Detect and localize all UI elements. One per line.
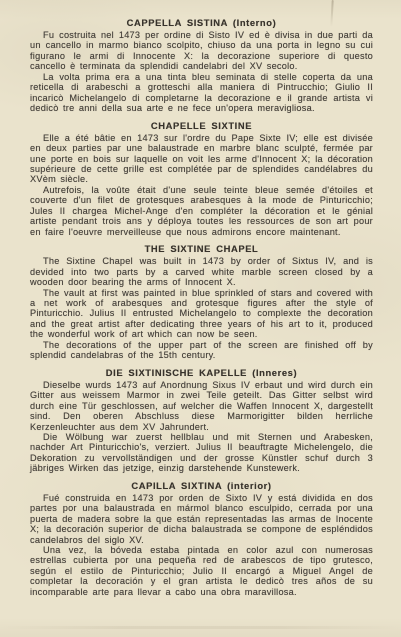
scan-shadow-streak bbox=[0, 626, 401, 629]
paragraph: Autrefois, la voûte était d'une seule te… bbox=[30, 185, 373, 237]
section-heading: DIE SIXTINISCHE KAPELLE (Inneres) bbox=[30, 367, 373, 378]
paragraph: The decorations of the upper part of the… bbox=[30, 340, 373, 361]
section-french: CHAPELLE SIXTINE Elle a été bâtie en 147… bbox=[30, 120, 373, 238]
section-spanish: CAPILLA SIXTINA (interior) Fué construid… bbox=[30, 480, 373, 598]
paragraph: Fu costruita nel 1473 per ordine di Sist… bbox=[30, 30, 373, 72]
paragraph: Fué construida en 1473 por orden de Sixt… bbox=[30, 493, 373, 545]
paragraph: The vault at first was painted in blue s… bbox=[30, 288, 373, 340]
page-text-block: CAPPELLA SISTINA (Interno) Fu costruita … bbox=[30, 17, 373, 597]
paragraph: Elle a été bâtie en 1473 sur l'ordre du … bbox=[30, 133, 373, 185]
section-german: DIE SIXTINISCHE KAPELLE (Inneres) Diesel… bbox=[30, 367, 373, 474]
paragraph: La volta prima era a una tinta bleu semi… bbox=[30, 72, 373, 114]
section-heading: THE SIXTINE CHAPEL bbox=[30, 243, 373, 254]
paragraph: The Sixtine Chapel was built in 1473 by … bbox=[30, 256, 373, 287]
section-heading: CAPILLA SIXTINA (interior) bbox=[30, 480, 373, 491]
scanned-guidebook-page: CAPPELLA SISTINA (Interno) Fu costruita … bbox=[0, 0, 401, 637]
section-italian: CAPPELLA SISTINA (Interno) Fu costruita … bbox=[30, 17, 373, 114]
paragraph: Dieselbe wurds 1473 auf Anordnung Sixus … bbox=[30, 380, 373, 432]
section-english: THE SIXTINE CHAPEL The Sixtine Chapel wa… bbox=[30, 243, 373, 361]
paragraph: Una vez, la bóveda estaba pintada en col… bbox=[30, 545, 373, 597]
section-heading: CHAPELLE SIXTINE bbox=[30, 120, 373, 131]
paragraph: Die Wölbung war zuerst hellblau und mit … bbox=[30, 432, 373, 474]
section-heading: CAPPELLA SISTINA (Interno) bbox=[30, 17, 373, 28]
